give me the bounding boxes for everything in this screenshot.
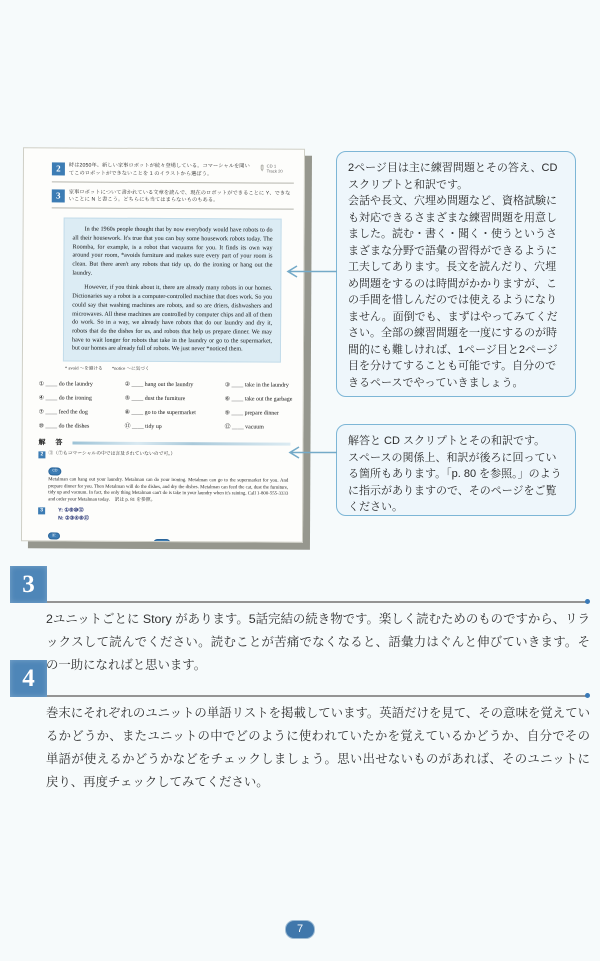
exercise-2-header: 2 時は2050年。新しい家事ロボットが続々登場している。コマーシャルを聞いてこ… bbox=[52, 162, 294, 183]
cd-track-note: ✎ CD 1 Track 20 bbox=[258, 163, 294, 174]
exercise-3-instructions: 家事ロボットについて書かれている文章を読んで、現在のロボットができることに Y、… bbox=[69, 189, 294, 206]
callout-arrow-2 bbox=[286, 445, 338, 460]
section-3-rule bbox=[47, 601, 588, 603]
page-number-badge: 7 bbox=[285, 920, 315, 939]
translation-text: 1960年代の人たちは今日までには誰でも、全ての家事をしてくれるロボットを持って… bbox=[48, 542, 288, 543]
callout-answers-script: 解答と CD スクリプトとその和訳です。 スペースの関係上、和訳が後ろに回ってい… bbox=[336, 424, 576, 516]
answer-block-2: 2 ③（⑦もコマーシャルの中では言及されていないので可。） CD Metalma… bbox=[38, 451, 288, 505]
translation-paragraph-1: 1960年代の人たちは今日までには誰でも、全ての家事をしてくれるロボットを持って… bbox=[48, 542, 288, 543]
section-4-rule bbox=[47, 695, 588, 697]
list-item: ⑦ ＿＿ feed the dog bbox=[39, 406, 125, 415]
list-item: ① ＿＿ do the laundry bbox=[39, 378, 125, 387]
section-3-badge: 3 bbox=[10, 566, 47, 603]
textbook-page-preview: 2 時は2050年。新しい家事ロボットが続々登場している。コマーシャルを聞いてこ… bbox=[21, 147, 305, 542]
list-item: ② ＿＿ hang out the laundry bbox=[125, 379, 225, 389]
cd-script-text: Metalman can hang out your laundry. Meta… bbox=[48, 477, 288, 505]
answer-choice-grid: ① ＿＿ do the laundry ② ＿＿ hang out the la… bbox=[39, 378, 303, 430]
callout-practice-page: 2ページ目は主に練習問題とその答え、CDスクリプトと和訳です。 会話や長文、穴埋… bbox=[336, 151, 576, 397]
cd-icon: ✎ bbox=[255, 163, 267, 175]
answer-2-note: ③（⑦もコマーシャルの中では言及されていないので可。） bbox=[48, 451, 175, 458]
section-4-badge: 4 bbox=[10, 660, 47, 697]
cd-script-badge: CD bbox=[48, 467, 61, 475]
translation-badge: 訳 bbox=[48, 532, 60, 540]
answer-block-3: 3 Y: ①⑨⑩⑫ N: ②③④⑧⑪ 訳 1960年代の人たちは今日までには誰で… bbox=[38, 508, 288, 543]
reading-passage: In the 1960s people thought that by now … bbox=[63, 218, 282, 363]
reading-passage-paragraph-1: In the 1960s people thought that by now … bbox=[72, 226, 272, 279]
exercise-2-instructions: 時は2050年。新しい家事ロボットが続々登場している。コマーシャルを聞いてこのロ… bbox=[69, 163, 254, 180]
vocabulary-footnote: * avoid ～を避ける *notice ～に気づく bbox=[65, 366, 303, 373]
answer-2-badge: 2 bbox=[38, 451, 45, 458]
list-item: ⑩ ＿＿ do the dishes bbox=[39, 420, 125, 429]
answer-3-badge: 3 bbox=[38, 508, 45, 515]
list-item: ⑪ ＿＿ tidy up bbox=[125, 421, 225, 431]
mini-page-number-badge: 33 bbox=[153, 539, 170, 543]
list-item: ④ ＿＿ do the ironing bbox=[39, 392, 125, 401]
exercise-3-header: 3 家事ロボットについて書かれている文章を読んで、現在のロボットができることに … bbox=[52, 189, 294, 210]
list-item: ⑫ ＿＿ vacuum bbox=[225, 421, 303, 430]
answer-3-yn-values: Y: ①⑨⑩⑫ N: ②③④⑧⑪ bbox=[58, 508, 89, 523]
section-3-text: 2ユニットごとに Story があります。5話完結の続き物です。楽しく読むための… bbox=[46, 608, 590, 677]
exercise-2-number-badge: 2 bbox=[52, 162, 65, 175]
reading-passage-paragraph-2: However, if you think about it, there ar… bbox=[72, 284, 272, 355]
list-item: ③ ＿＿ take in the laundry bbox=[225, 379, 303, 388]
list-item: ⑥ ＿＿ take out the garbage bbox=[225, 393, 303, 402]
exercise-3-number-badge: 3 bbox=[52, 189, 65, 202]
list-item: ⑨ ＿＿ prepare dinner bbox=[225, 407, 303, 416]
callout-arrow-1 bbox=[284, 264, 338, 279]
section-4-text: 巻末にそれぞれのユニットの単語リストを掲載しています。英語だけを見て、その意味を… bbox=[46, 702, 590, 794]
answers-label: 解 答 bbox=[38, 437, 66, 447]
list-item: ⑧ ＿＿ go to the supermarket bbox=[125, 407, 225, 417]
answers-divider bbox=[72, 441, 290, 445]
answers-section-header: 解 答 bbox=[38, 437, 290, 448]
guide-page: 2 時は2050年。新しい家事ロボットが続々登場している。コマーシャルを聞いてこ… bbox=[0, 0, 600, 961]
list-item: ⑤ ＿＿ dust the furniture bbox=[125, 393, 225, 403]
cd-track-label: CD 1 Track 20 bbox=[267, 164, 283, 175]
